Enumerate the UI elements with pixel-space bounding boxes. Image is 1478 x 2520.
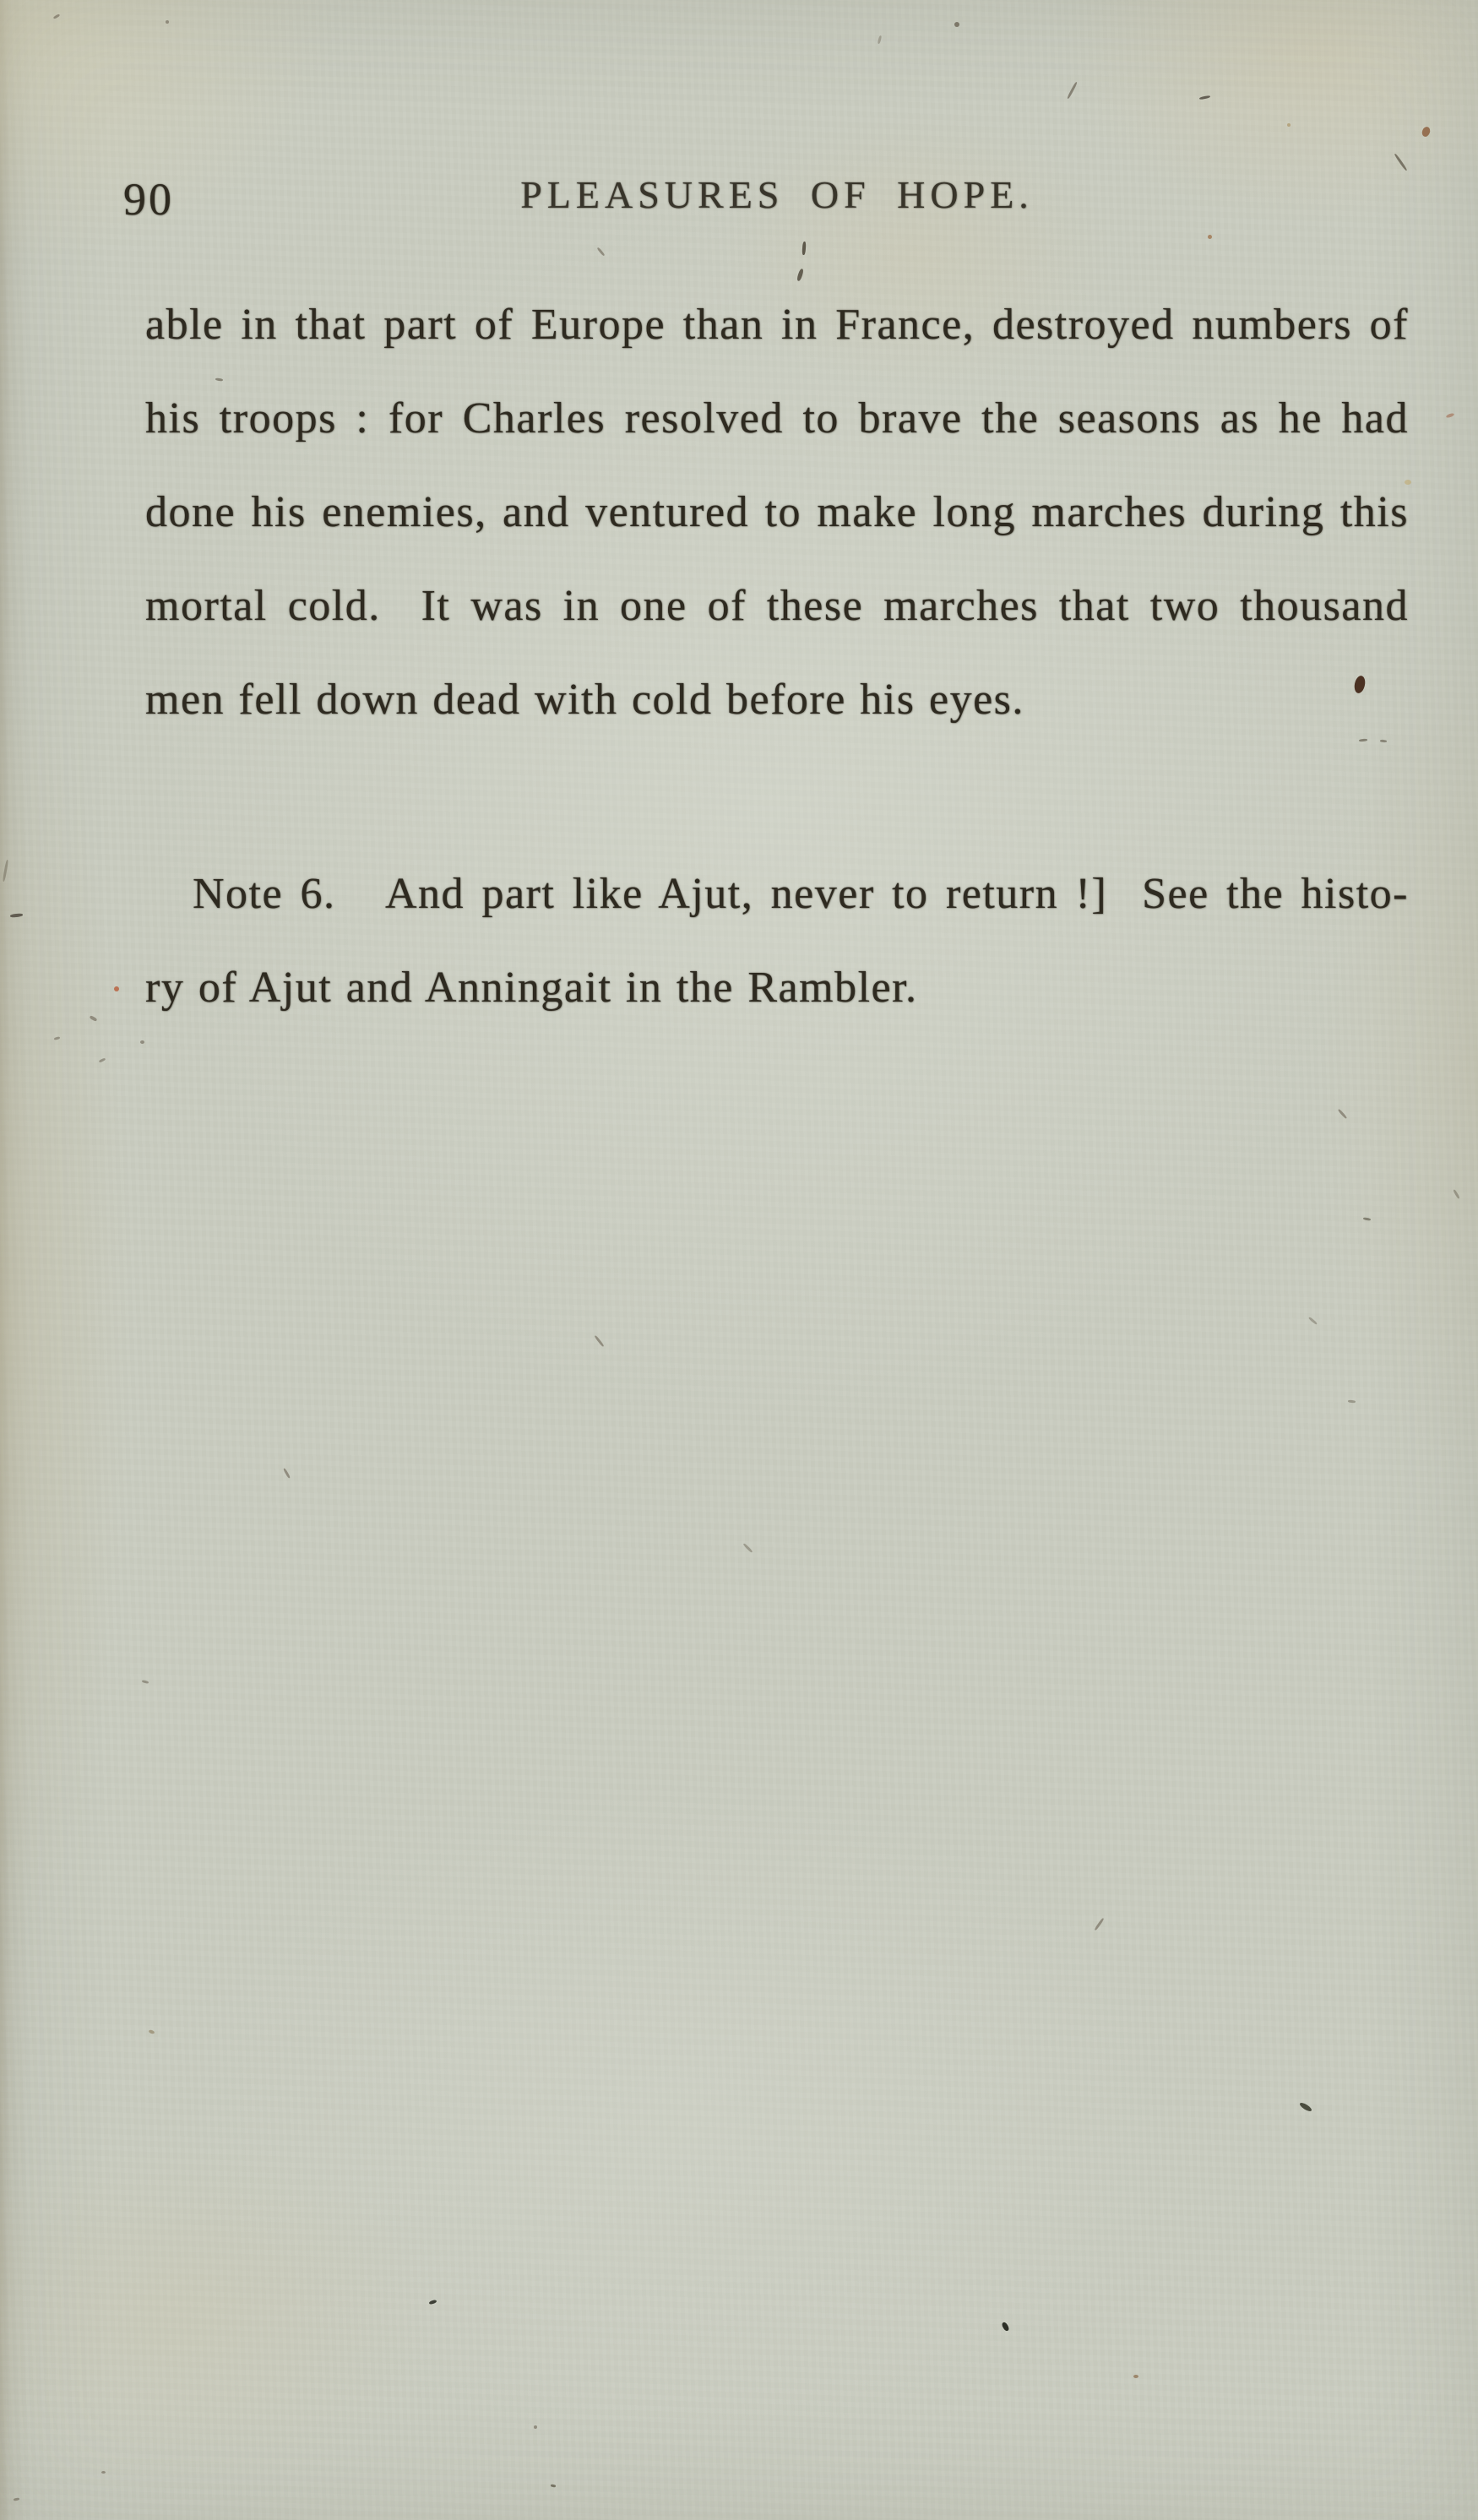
paragraph-line: mortal cold. It was in one of these marc… [145,583,1409,630]
paper-speck [10,913,23,918]
paper-speck [54,1036,61,1040]
paper-speck [53,14,60,19]
footnote-line: Note 6. And part like Ajut, never to ret… [145,871,1409,918]
footnote-line: ry of Ajut and Anningait in the Rambler. [145,964,1409,1012]
paper-speck [1421,126,1432,138]
paper-speck [3,860,8,882]
running-title: PLEASURES OF HOPE. [145,172,1409,218]
paper-speck [1446,412,1455,418]
paper-speck [140,1040,144,1044]
text-block: PLEASURES OF HOPE. able in that part of … [145,0,1409,2520]
paragraph-line: men fell down dead with cold before his … [145,676,1409,724]
paper-speck [14,2497,19,2501]
scanned-book-page: 90 PLEASURES OF HOPE. able in that part … [0,0,1478,2520]
paper-speck [90,1015,98,1022]
paper-speck [99,1057,106,1062]
paper-speck [101,2471,106,2474]
paragraph-line: able in that part of Europe than in Fran… [145,301,1409,349]
paper-speck [1453,1189,1460,1199]
paragraph-line: done his enemies, and ventured to make l… [145,489,1409,536]
paper-speck [114,986,119,991]
paragraph-line: his troops : for Charles resolved to bra… [145,395,1409,443]
